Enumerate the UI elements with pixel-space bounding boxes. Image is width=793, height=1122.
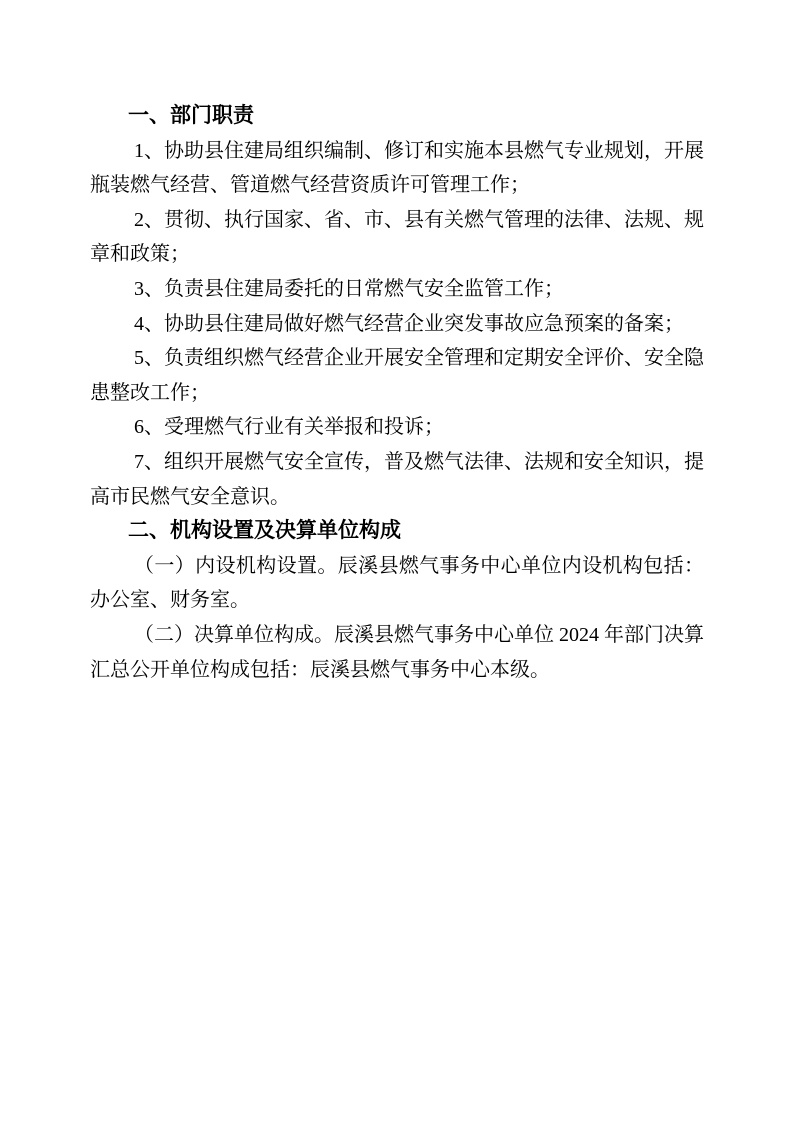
paragraph-internal-org-setup: （一）内设机构设置。辰溪县燃气事务中心单位内设机构包括：办公室、财务室。 [90, 549, 704, 618]
paragraph-duty-7: 7、组织开展燃气安全宣传，普及燃气法律、法规和安全知识，提高市民燃气安全意识。 [90, 445, 704, 514]
paragraph-duty-1: 1、协助县住建局组织编制、修订和实施本县燃气专业规划，开展瓶装燃气经营、管道燃气… [90, 134, 704, 203]
paragraph-duty-3: 3、负责县住建局委托的日常燃气安全监管工作； [90, 272, 704, 307]
paragraph-duty-6: 6、受理燃气行业有关举报和投诉； [90, 410, 704, 445]
section-heading-department-duties: 一、部门职责 [90, 99, 704, 134]
paragraph-duty-2: 2、贯彻、执行国家、省、市、县有关燃气管理的法律、法规、规章和政策； [90, 203, 704, 272]
paragraph-duty-4: 4、协助县住建局做好燃气经营企业突发事故应急预案的备案； [90, 307, 704, 342]
paragraph-duty-5: 5、负责组织燃气经营企业开展安全管理和定期安全评价、安全隐患整改工作； [90, 341, 704, 410]
document-page: 一、部门职责 1、协助县住建局组织编制、修订和实施本县燃气专业规划，开展瓶装燃气… [0, 0, 793, 1122]
document-body: 一、部门职责 1、协助县住建局组织编制、修订和实施本县燃气专业规划，开展瓶装燃气… [0, 0, 793, 687]
section-heading-org-structure: 二、机构设置及决算单位构成 [90, 514, 704, 549]
paragraph-final-accounts-units: （二）决算单位构成。辰溪县燃气事务中心单位 2024 年部门决算汇总公开单位构成… [90, 618, 704, 687]
